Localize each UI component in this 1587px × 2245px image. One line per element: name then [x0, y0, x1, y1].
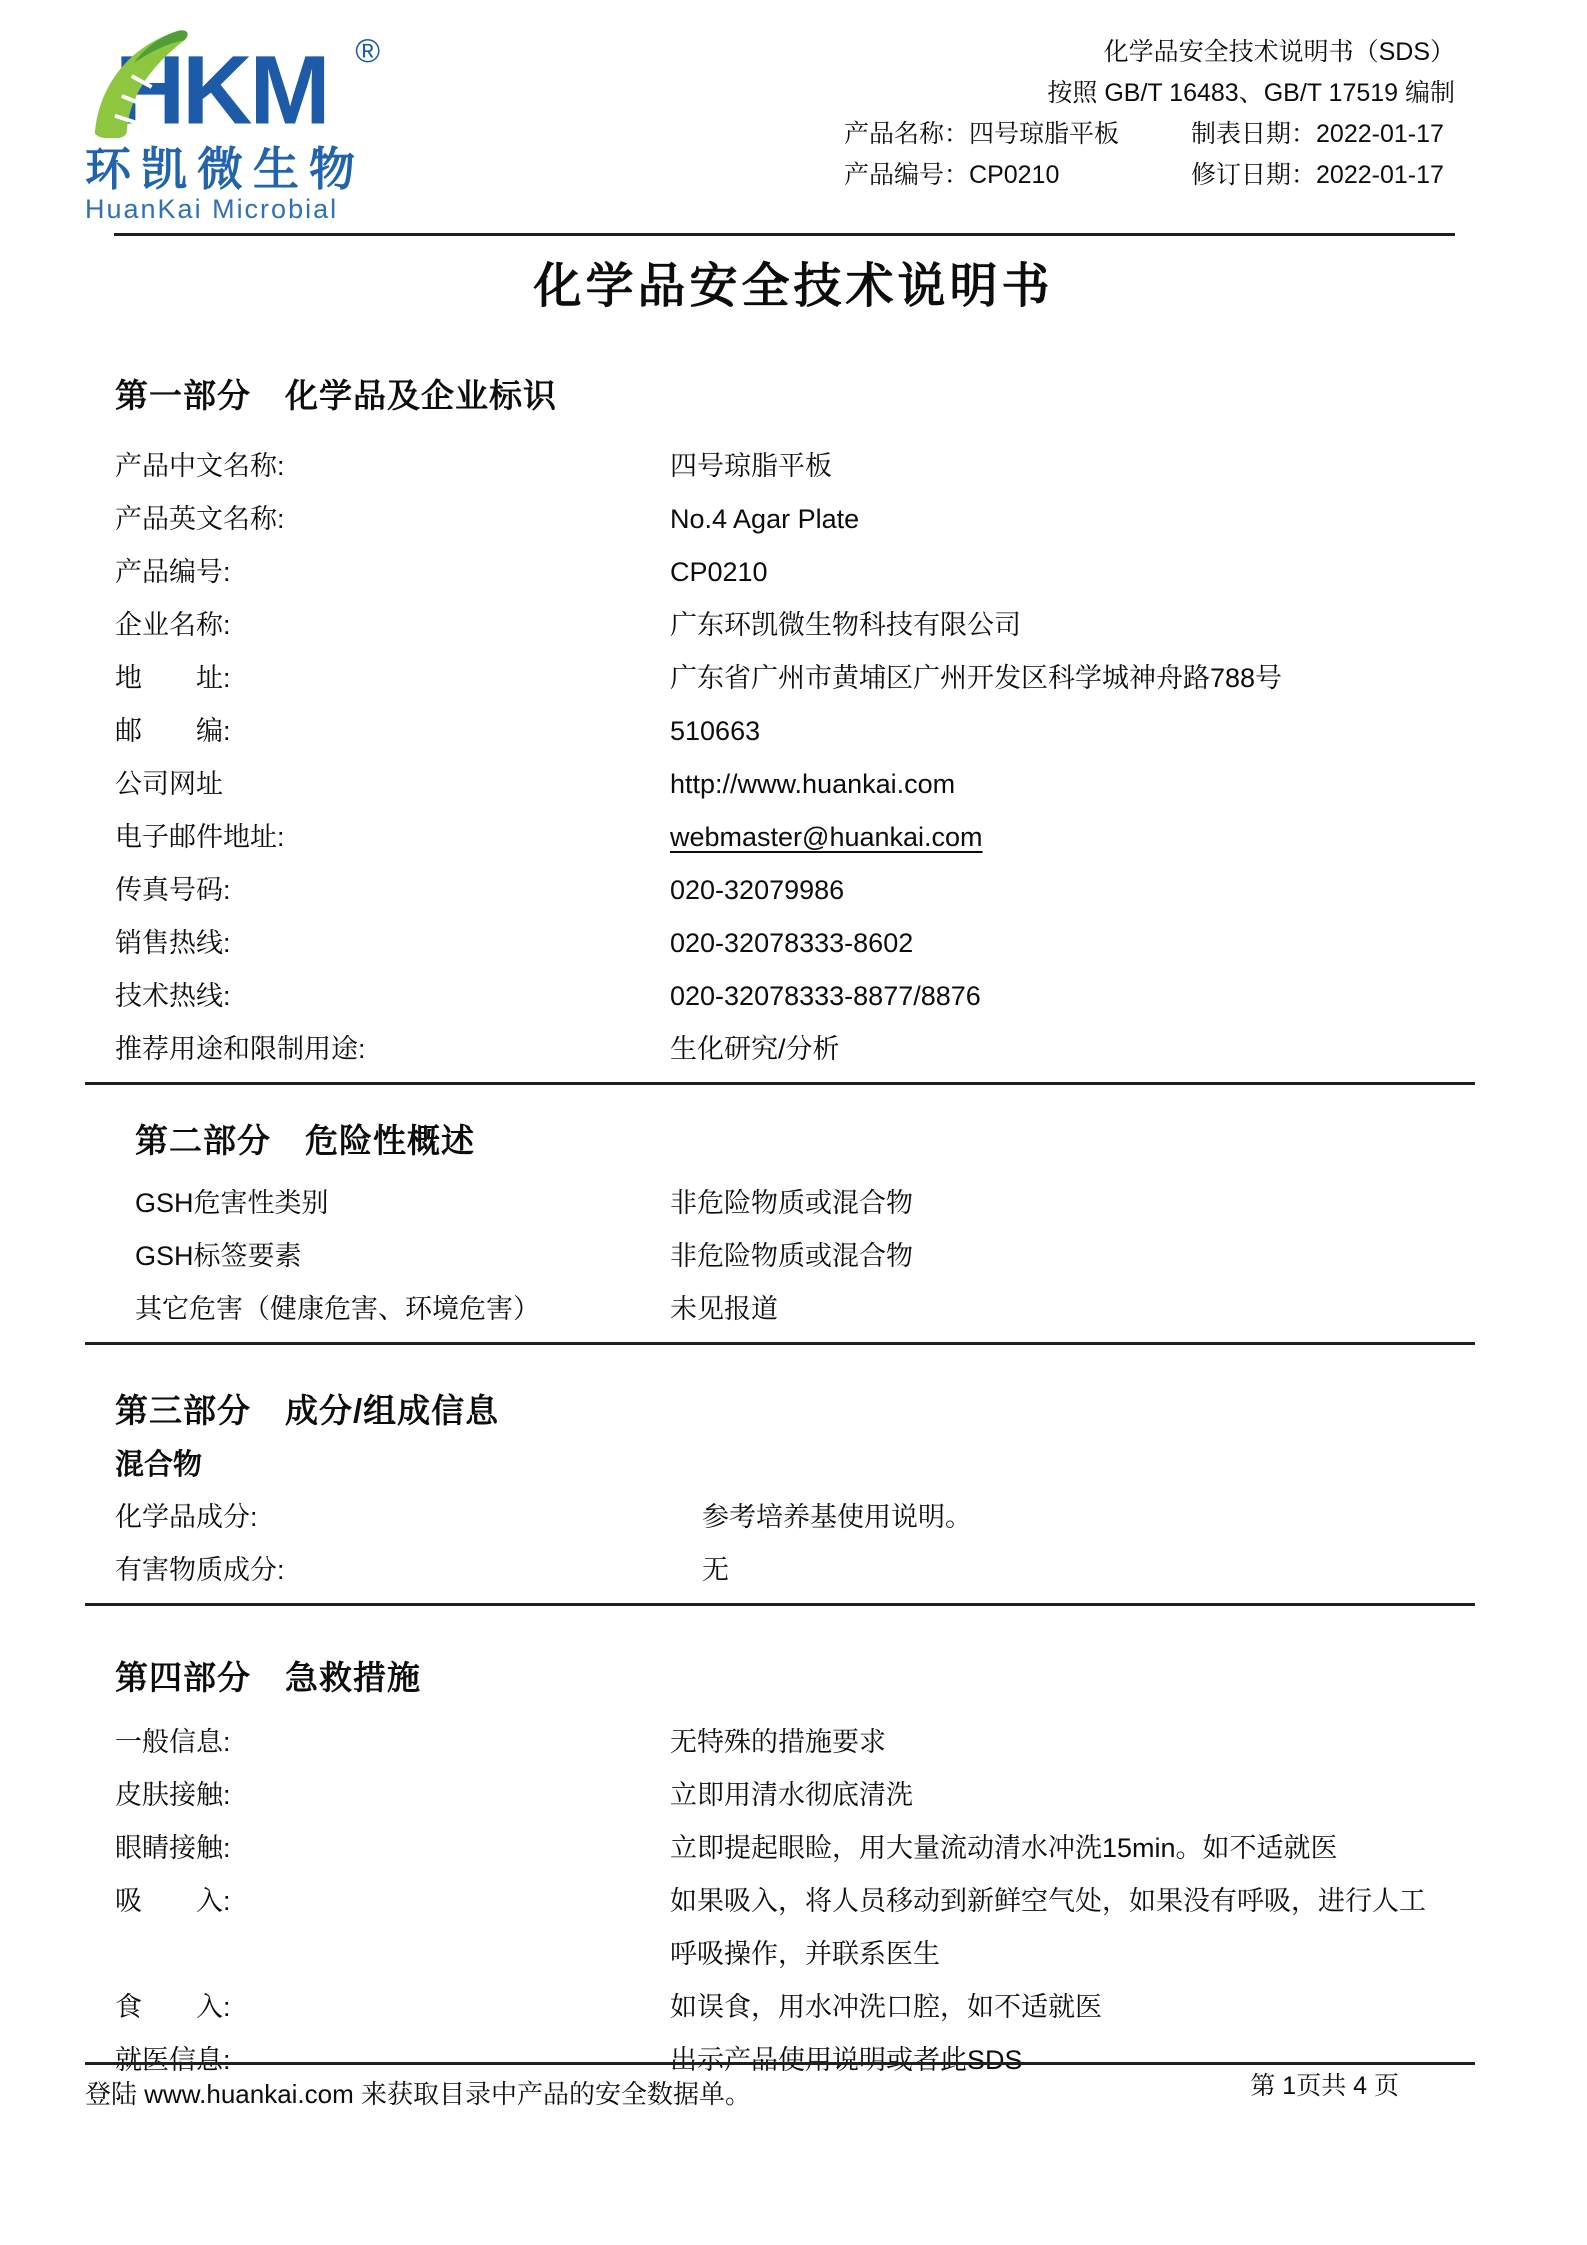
section-divider: [85, 1342, 1475, 1345]
section-rows: 化学品成分:参考培养基使用说明。有害物质成分:无: [85, 1491, 1475, 1597]
field-value: 立即提起眼睑，用大量流动清水冲洗15min。如不适就医: [670, 1822, 1338, 1875]
field-value: 无特殊的措施要求: [670, 1716, 886, 1769]
field-row: 一般信息:无特殊的措施要求: [85, 1716, 1475, 1769]
field-row: 产品编号:CP0210: [85, 546, 1475, 599]
field-value: 020-32078333-8602: [670, 917, 913, 970]
field-label: 有害物质成分:: [85, 1544, 670, 1597]
section-rows: 一般信息:无特殊的措施要求皮肤接触:立即用清水彻底清洗眼睛接触:立即提起眼睑，用…: [85, 1716, 1475, 2087]
product-code-line: 产品编号：CP0210 修订日期：2022-01-17: [844, 155, 1455, 196]
product-name-label: 产品名称：: [844, 120, 969, 148]
section-subheading: 混合物: [85, 1443, 1475, 1487]
product-name-pair: 产品名称：四号琼脂平板: [844, 114, 1191, 155]
doc-type-line: 化学品安全技术说明书（SDS）: [844, 32, 1455, 73]
field-label: 皮肤接触:: [85, 1769, 670, 1822]
footer-note-prefix: 登陆: [85, 2079, 144, 2109]
field-label: 电子邮件地址:: [85, 811, 670, 864]
product-name-value: 四号琼脂平板: [969, 120, 1119, 148]
field-label: 销售热线:: [85, 917, 670, 970]
revision-date-label: 修订日期：: [1191, 161, 1316, 189]
made-date-label: 制表日期：: [1191, 120, 1316, 148]
field-value: 生化研究/分析: [670, 1023, 840, 1076]
field-label: 眼睛接触:: [85, 1822, 670, 1875]
field-value: CP0210: [670, 546, 768, 599]
field-row: 销售热线:020-32078333-8602: [85, 917, 1475, 970]
product-code-label: 产品编号：: [844, 161, 969, 189]
field-row: 有害物质成分:无: [85, 1544, 1475, 1597]
field-row: GSH标签要素非危险物质或混合物: [85, 1230, 1475, 1283]
revision-date-pair: 修订日期：2022-01-17: [1191, 155, 1455, 196]
made-date-value: 2022-01-17: [1316, 120, 1444, 148]
hkm-logo-icon: HKM ®: [85, 26, 403, 138]
field-value: 无: [670, 1544, 729, 1597]
field-row: 食 入:如误食，用水冲洗口腔，如不适就医: [85, 1981, 1475, 2034]
section-rows: 产品中文名称:四号琼脂平板产品英文名称:No.4 Agar Plate产品编号:…: [85, 440, 1475, 1076]
field-value: 非危险物质或混合物: [670, 1230, 913, 1283]
section-heading: 第二部分 危险性概述: [85, 1119, 1475, 1163]
field-row: 公司网址http://www.huankai.com: [85, 758, 1475, 811]
section-s4: 第四部分 急救措施一般信息:无特殊的措施要求皮肤接触:立即用清水彻底清洗眼睛接触…: [85, 1656, 1475, 2087]
made-date-pair: 制表日期：2022-01-17: [1191, 114, 1455, 155]
field-label: 产品英文名称:: [85, 493, 670, 546]
field-label: 邮 编:: [85, 705, 670, 758]
field-row: 邮 编:510663: [85, 705, 1475, 758]
field-value: 如误食，用水冲洗口腔，如不适就医: [670, 1981, 1102, 2034]
field-value: 未见报道: [670, 1283, 778, 1336]
field-row: 眼睛接触:立即提起眼睑，用大量流动清水冲洗15min。如不适就医: [85, 1822, 1475, 1875]
company-logo: HKM ® 环凯微生物 HuanKai Microbial: [85, 26, 403, 223]
field-value: http://www.huankai.com: [670, 758, 955, 811]
field-value: 广东省广州市黄埔区广州开发区科学城神舟路788号: [670, 652, 1282, 705]
field-label: 产品编号:: [85, 546, 670, 599]
field-label: 一般信息:: [85, 1716, 670, 1769]
field-value: 四号琼脂平板: [670, 440, 832, 493]
section-divider: [85, 1603, 1475, 1606]
field-row: 皮肤接触:立即用清水彻底清洗: [85, 1769, 1475, 1822]
field-label: GSH标签要素: [85, 1230, 670, 1283]
field-label: 公司网址: [85, 758, 670, 811]
field-label: 地 址:: [85, 652, 670, 705]
field-value: 020-32078333-8877/8876: [670, 970, 981, 1023]
field-value: 020-32079986: [670, 864, 844, 917]
field-label: 技术热线:: [85, 970, 670, 1023]
revision-date-value: 2022-01-17: [1316, 161, 1444, 189]
field-row: 推荐用途和限制用途:生化研究/分析: [85, 1023, 1475, 1076]
section-s1: 第一部分 化学品及企业标识产品中文名称:四号琼脂平板产品英文名称:No.4 Ag…: [85, 374, 1475, 1085]
field-value-link[interactable]: webmaster@huankai.com: [670, 811, 983, 864]
field-row: 其它危害（健康危害、环境危害）未见报道: [85, 1283, 1475, 1336]
field-value: No.4 Agar Plate: [670, 493, 859, 546]
footer-note: 登陆 www.huankai.com 来获取目录中产品的安全数据单。: [85, 2077, 751, 2111]
section-heading: 第一部分 化学品及企业标识: [85, 374, 1475, 418]
page-header: HKM ® 环凯微生物 HuanKai Microbial 化学品安全技术说明书…: [0, 0, 1587, 223]
footer-note-suffix: 来获取目录中产品的安全数据单。: [354, 2079, 751, 2109]
logo-english-name: HuanKai Microbial: [85, 195, 403, 223]
field-label: 产品中文名称:: [85, 440, 670, 493]
field-row: 企业名称:广东环凯微生物科技有限公司: [85, 599, 1475, 652]
sds-document-page: HKM ® 环凯微生物 HuanKai Microbial 化学品安全技术说明书…: [0, 0, 1587, 2245]
field-row: 吸 入:如果吸入，将人员移动到新鲜空气处，如果没有呼吸，进行人工呼吸操作，并联系…: [85, 1875, 1475, 1981]
field-row: 地 址:广东省广州市黄埔区广州开发区科学城神舟路788号: [85, 652, 1475, 705]
field-row: 产品英文名称:No.4 Agar Plate: [85, 493, 1475, 546]
field-label: 企业名称:: [85, 599, 670, 652]
field-row: 产品中文名称:四号琼脂平板: [85, 440, 1475, 493]
field-row: 传真号码:020-32079986: [85, 864, 1475, 917]
field-value: 立即用清水彻底清洗: [670, 1769, 913, 1822]
field-row: GSH危害性类别非危险物质或混合物: [85, 1177, 1475, 1230]
page-number: 第 1页共 4 页: [1250, 2070, 1399, 2102]
field-label: 化学品成分:: [85, 1491, 670, 1544]
document-title: 化学品安全技术说明书: [0, 258, 1587, 316]
section-s2: 第二部分 危险性概述GSH危害性类别非危险物质或混合物GSH标签要素非危险物质或…: [85, 1119, 1475, 1345]
registered-trademark-icon: ®: [355, 32, 380, 70]
section-heading: 第三部分 成分/组成信息: [85, 1389, 1475, 1433]
field-label: 其它危害（健康危害、环境危害）: [85, 1283, 670, 1336]
product-name-line: 产品名称：四号琼脂平板 制表日期：2022-01-17: [844, 114, 1455, 155]
field-value: 非危险物质或混合物: [670, 1177, 913, 1230]
field-row: 技术热线:020-32078333-8877/8876: [85, 970, 1475, 1023]
product-code-pair: 产品编号：CP0210: [844, 155, 1191, 196]
field-label: 食 入:: [85, 1981, 670, 2034]
header-info-block: 化学品安全技术说明书（SDS） 按照 GB/T 16483、GB/T 17519…: [844, 26, 1455, 196]
sections: 第一部分 化学品及企业标识产品中文名称:四号琼脂平板产品英文名称:No.4 Ag…: [0, 374, 1587, 2087]
section-rows: GSH危害性类别非危险物质或混合物GSH标签要素非危险物质或混合物其它危害（健康…: [85, 1177, 1475, 1336]
field-label: 吸 入:: [85, 1875, 670, 1981]
standard-line: 按照 GB/T 16483、GB/T 17519 编制: [844, 73, 1455, 114]
field-label: 传真号码:: [85, 864, 670, 917]
field-label: 推荐用途和限制用途:: [85, 1023, 670, 1076]
field-row: 电子邮件地址:webmaster@huankai.com: [85, 811, 1475, 864]
page-footer: 登陆 www.huankai.com 来获取目录中产品的安全数据单。 第 1页共…: [85, 2062, 1475, 2111]
field-value: 510663: [670, 705, 760, 758]
field-value: 广东环凯微生物科技有限公司: [670, 599, 1021, 652]
logo-chinese-name: 环凯微生物: [85, 145, 403, 193]
field-row: 化学品成分:参考培养基使用说明。: [85, 1491, 1475, 1544]
field-value: 参考培养基使用说明。: [670, 1491, 972, 1544]
field-value: 如果吸入，将人员移动到新鲜空气处，如果没有呼吸，进行人工呼吸操作，并联系医生: [670, 1875, 1430, 1981]
header-divider: [114, 233, 1455, 236]
section-s3: 第三部分 成分/组成信息混合物化学品成分:参考培养基使用说明。有害物质成分:无: [85, 1389, 1475, 1606]
section-heading: 第四部分 急救措施: [85, 1656, 1475, 1700]
footer-website-link[interactable]: www.huankai.com: [144, 2079, 354, 2109]
field-label: GSH危害性类别: [85, 1177, 670, 1230]
product-code-value: CP0210: [969, 161, 1059, 189]
section-divider: [85, 1082, 1475, 1085]
